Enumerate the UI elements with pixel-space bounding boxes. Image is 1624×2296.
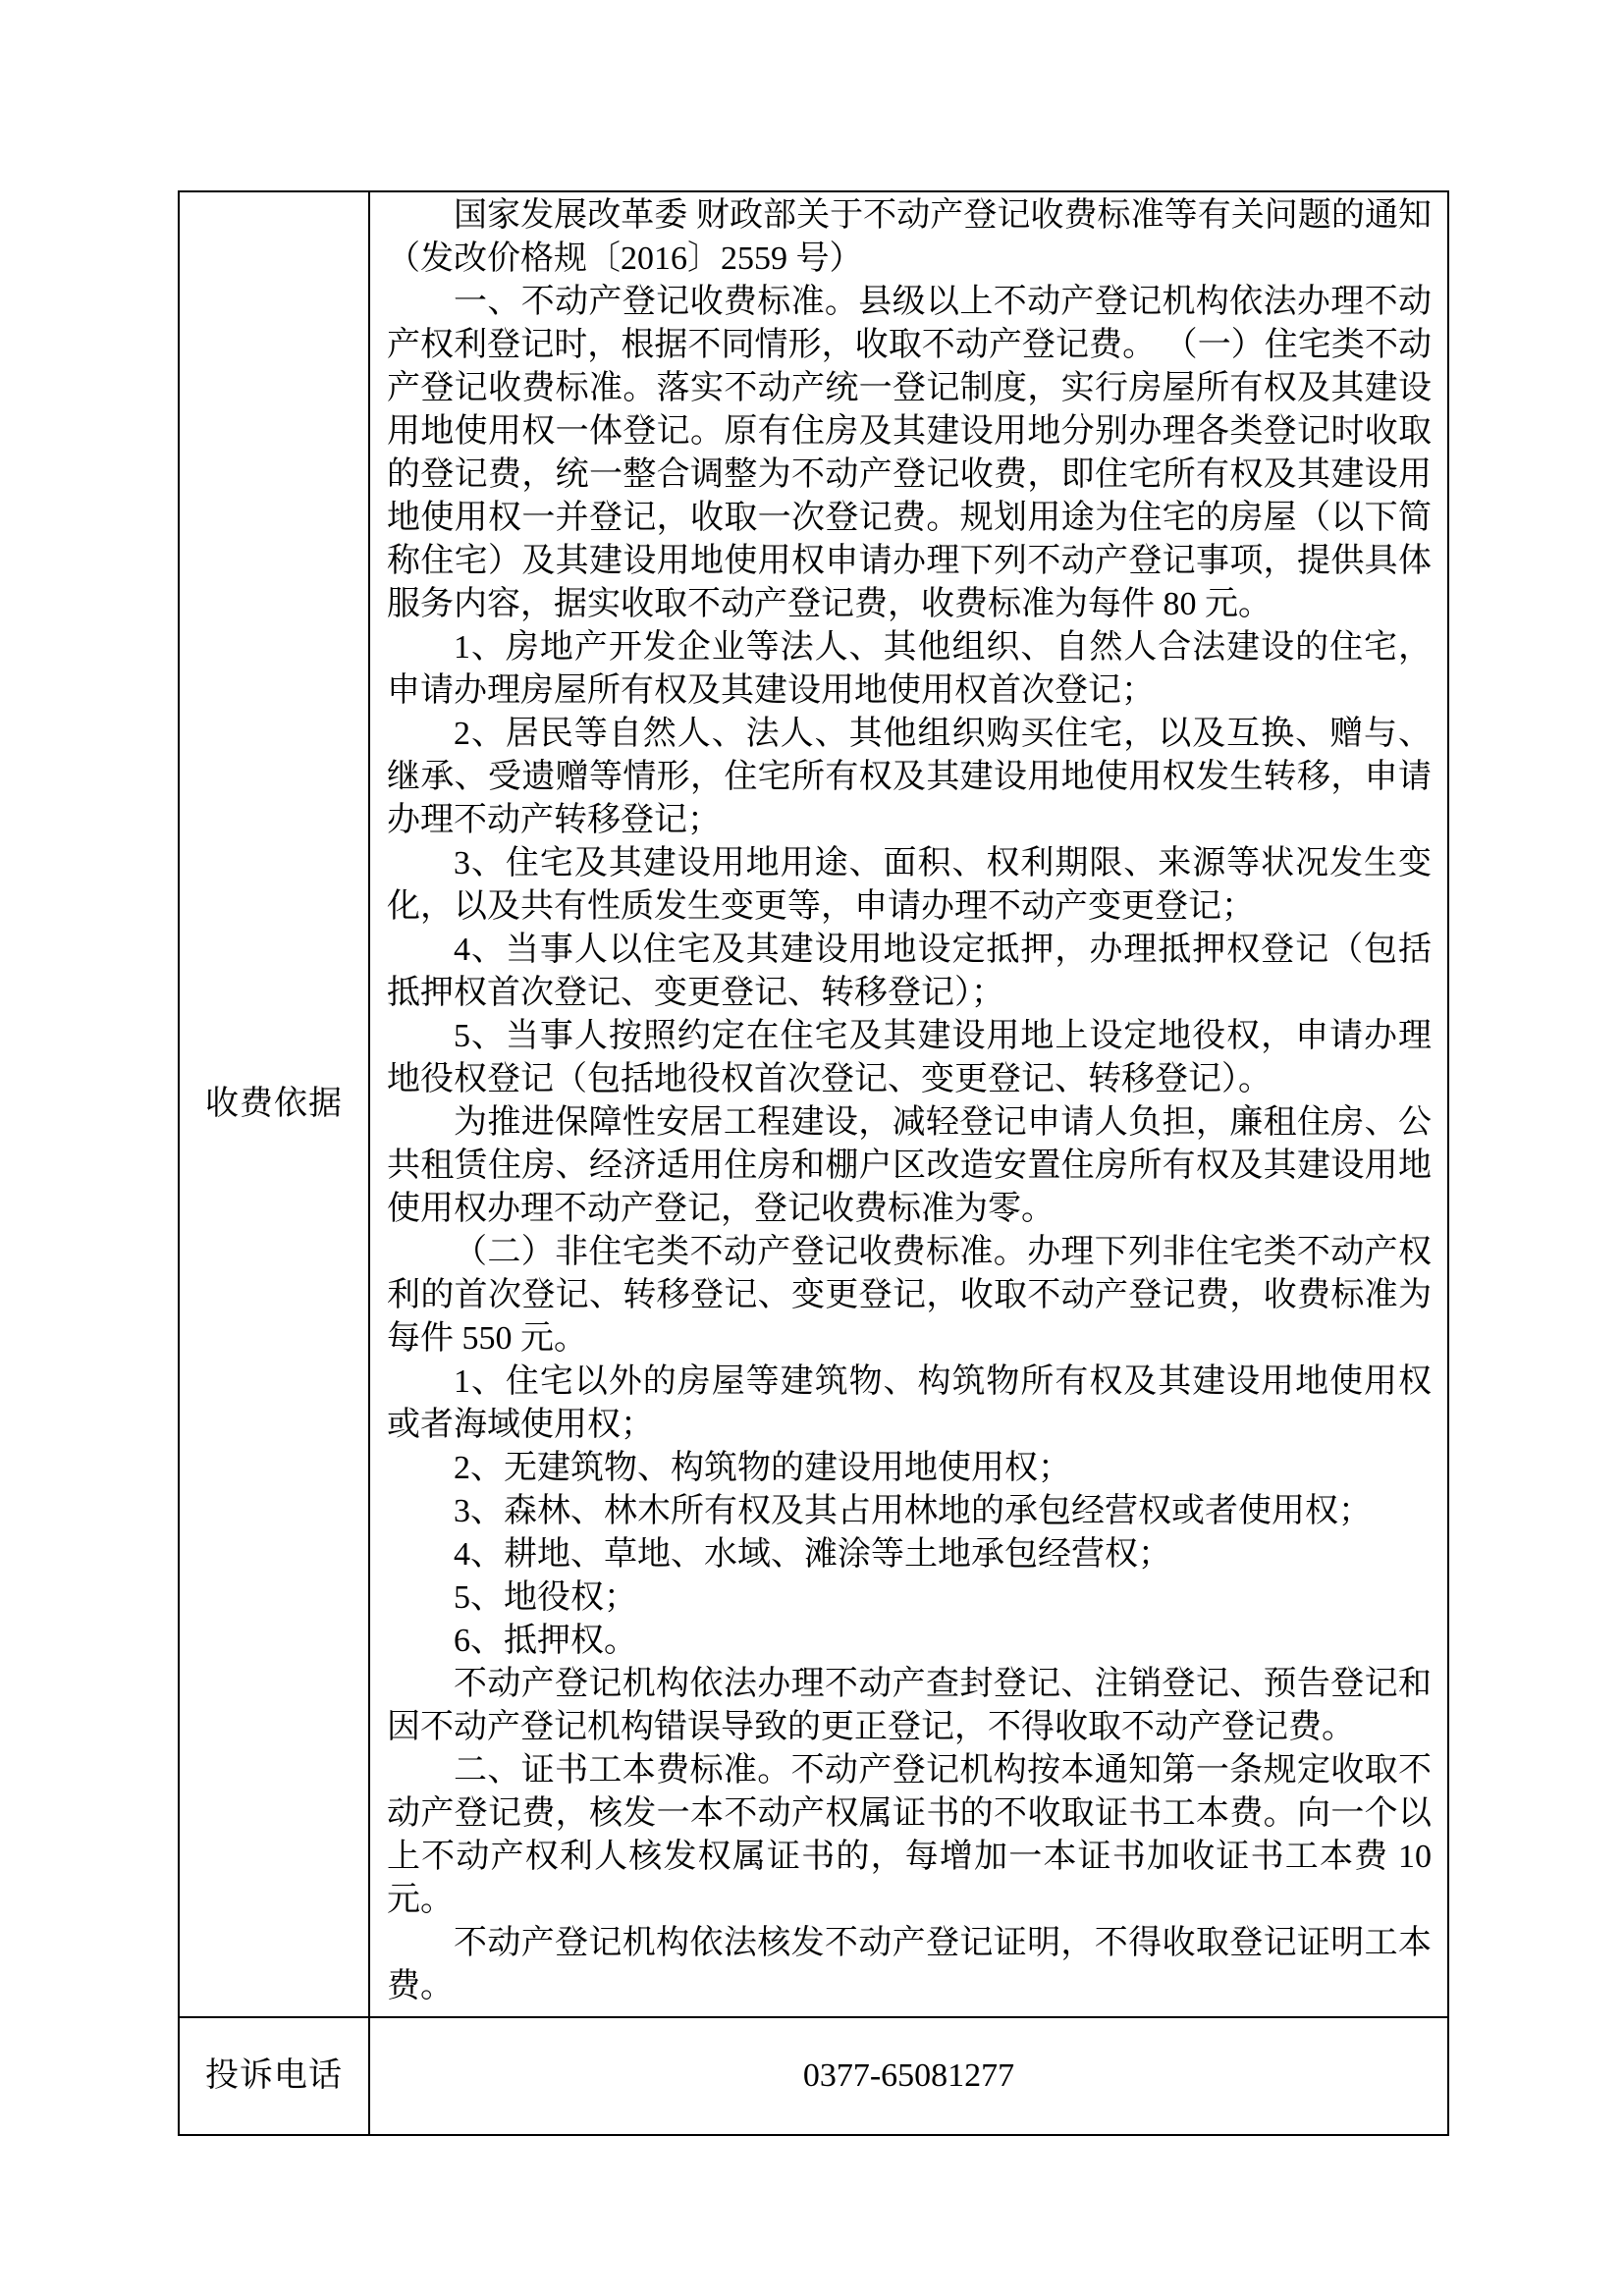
paragraph-residential-item-3: 3、住宅及其建设用地用途、面积、权利期限、来源等状况发生变化，以及共有性质发生变… <box>387 842 1432 929</box>
paragraph-affordable-housing: 为推进保障性安居工程建设，减轻登记申请人负担，廉租住房、公共租赁住房、经济适用住… <box>387 1101 1432 1231</box>
paragraph-residential-item-4: 4、当事人以住宅及其建设用地设定抵押，办理抵押权登记（包括抵押权首次登记、变更登… <box>387 929 1432 1015</box>
table-row-complaint-phone: 投诉电话 0377-65081277 <box>179 2017 1448 2135</box>
paragraph-non-residential-intro: （二）非住宅类不动产登记收费标准。办理下列非住宅类不动产权利的首次登记、转移登记… <box>387 1231 1432 1361</box>
complaint-phone-value: 0377-65081277 <box>369 2017 1448 2135</box>
paragraph-free-registrations: 不动产登记机构依法办理不动产查封登记、注销登记、预告登记和因不动产登记机构错误导… <box>387 1663 1432 1749</box>
paragraph-non-residential-item-4: 4、耕地、草地、水域、滩涂等土地承包经营权； <box>387 1533 1432 1576</box>
table-row-fee-basis: 收费依据 国家发展改革委 财政部关于不动产登记收费标准等有关问题的通知（发改价格… <box>179 191 1448 2017</box>
document-page: 收费依据 国家发展改革委 财政部关于不动产登记收费标准等有关问题的通知（发改价格… <box>0 0 1624 2296</box>
paragraph-residential-item-1: 1、房地产开发企业等法人、其他组织、自然人合法建设的住宅，申请办理房屋所有权及其… <box>387 626 1432 713</box>
paragraph-certificate-proof: 不动产登记机构依法核发不动产登记证明，不得收取登记证明工本费。 <box>387 1922 1432 2008</box>
paragraph-non-residential-item-5: 5、地役权； <box>387 1576 1432 1620</box>
paragraph-non-residential-item-3: 3、森林、林木所有权及其占用林地的承包经营权或者使用权； <box>387 1490 1432 1533</box>
fee-info-table: 收费依据 国家发展改革委 财政部关于不动产登记收费标准等有关问题的通知（发改价格… <box>178 190 1449 2136</box>
paragraph-non-residential-item-2: 2、无建筑物、构筑物的建设用地使用权； <box>387 1447 1432 1490</box>
paragraph-certificate-fee: 二、证书工本费标准。不动产登记机构按本通知第一条规定收取不动产登记费，核发一本不… <box>387 1749 1432 1922</box>
paragraph-non-residential-item-6: 6、抵押权。 <box>387 1620 1432 1663</box>
fee-basis-content-cell: 国家发展改革委 财政部关于不动产登记收费标准等有关问题的通知（发改价格规〔201… <box>369 191 1448 2017</box>
paragraph-residential-item-2: 2、居民等自然人、法人、其他组织购买住宅，以及互换、赠与、继承、受遗赠等情形，住… <box>387 713 1432 842</box>
row-label-fee-basis: 收费依据 <box>179 191 369 2017</box>
row-label-complaint-phone: 投诉电话 <box>179 2017 369 2135</box>
paragraph-non-residential-item-1: 1、住宅以外的房屋等建筑物、构筑物所有权及其建设用地使用权或者海域使用权； <box>387 1361 1432 1447</box>
paragraph-notice-title: 国家发展改革委 财政部关于不动产登记收费标准等有关问题的通知（发改价格规〔201… <box>387 194 1432 281</box>
paragraph-residential-item-5: 5、当事人按照约定在住宅及其建设用地上设定地役权，申请办理地役权登记（包括地役权… <box>387 1015 1432 1101</box>
paragraph-section-one: 一、不动产登记收费标准。县级以上不动产登记机构依法办理不动产权利登记时，根据不同… <box>387 281 1432 626</box>
